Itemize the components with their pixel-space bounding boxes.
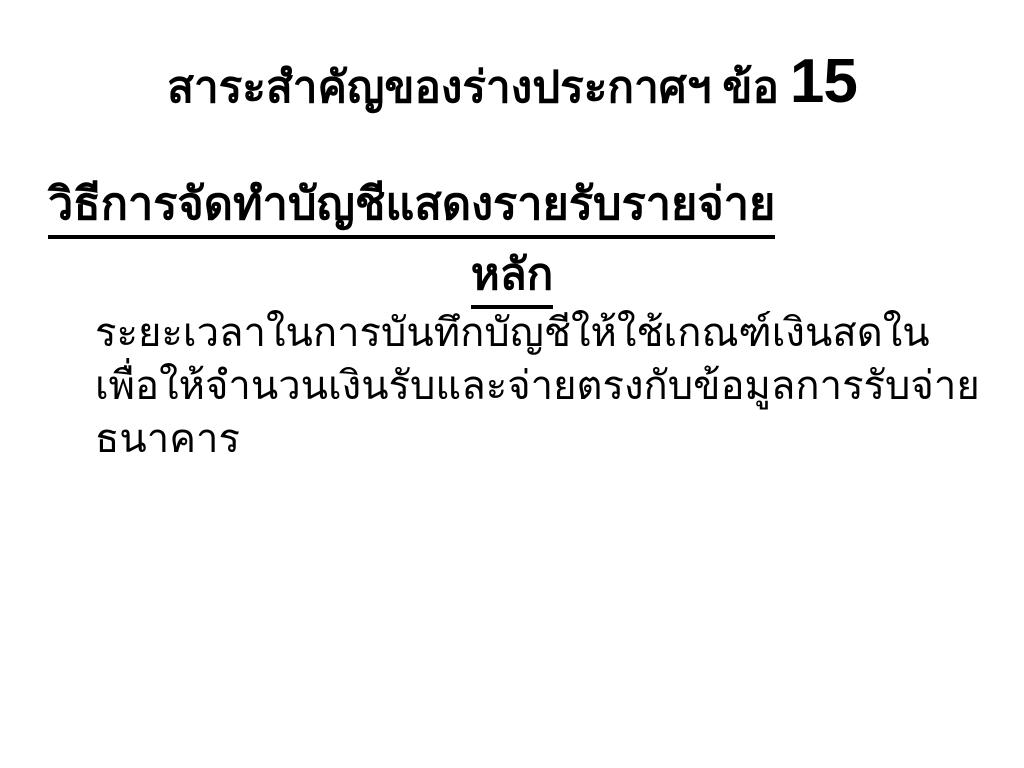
- slide-title-text: สาระสำคัญของร่างประกาศฯ ข้อ: [167, 63, 790, 112]
- body-line-1: ระยะเวลาในการบันทึกบัญชีให้ใช้เกณฑ์เงินส…: [95, 307, 985, 360]
- sub-heading: หลัก: [0, 250, 1024, 309]
- body-line-2: เพื่อให้จำนวนเงินรับและจ่ายตรงกับข้อมูลก…: [95, 360, 985, 413]
- presentation-slide: สาระสำคัญของร่างประกาศฯ ข้อ 15 วิธีการจั…: [0, 0, 1024, 768]
- sub-heading-text: หลัก: [471, 250, 554, 309]
- body-line-3: ธนาคาร: [95, 413, 985, 466]
- slide-title-number: 15: [790, 47, 857, 116]
- section-heading-text: วิธีการจัดทำบัญชีแสดงรายรับรายจ่าย: [48, 178, 775, 239]
- section-heading: วิธีการจัดทำบัญชีแสดงรายรับรายจ่าย: [48, 178, 775, 239]
- slide-title: สาระสำคัญของร่างประกาศฯ ข้อ 15: [0, 42, 1024, 128]
- body-paragraph: ระยะเวลาในการบันทึกบัญชีให้ใช้เกณฑ์เงินส…: [95, 307, 985, 466]
